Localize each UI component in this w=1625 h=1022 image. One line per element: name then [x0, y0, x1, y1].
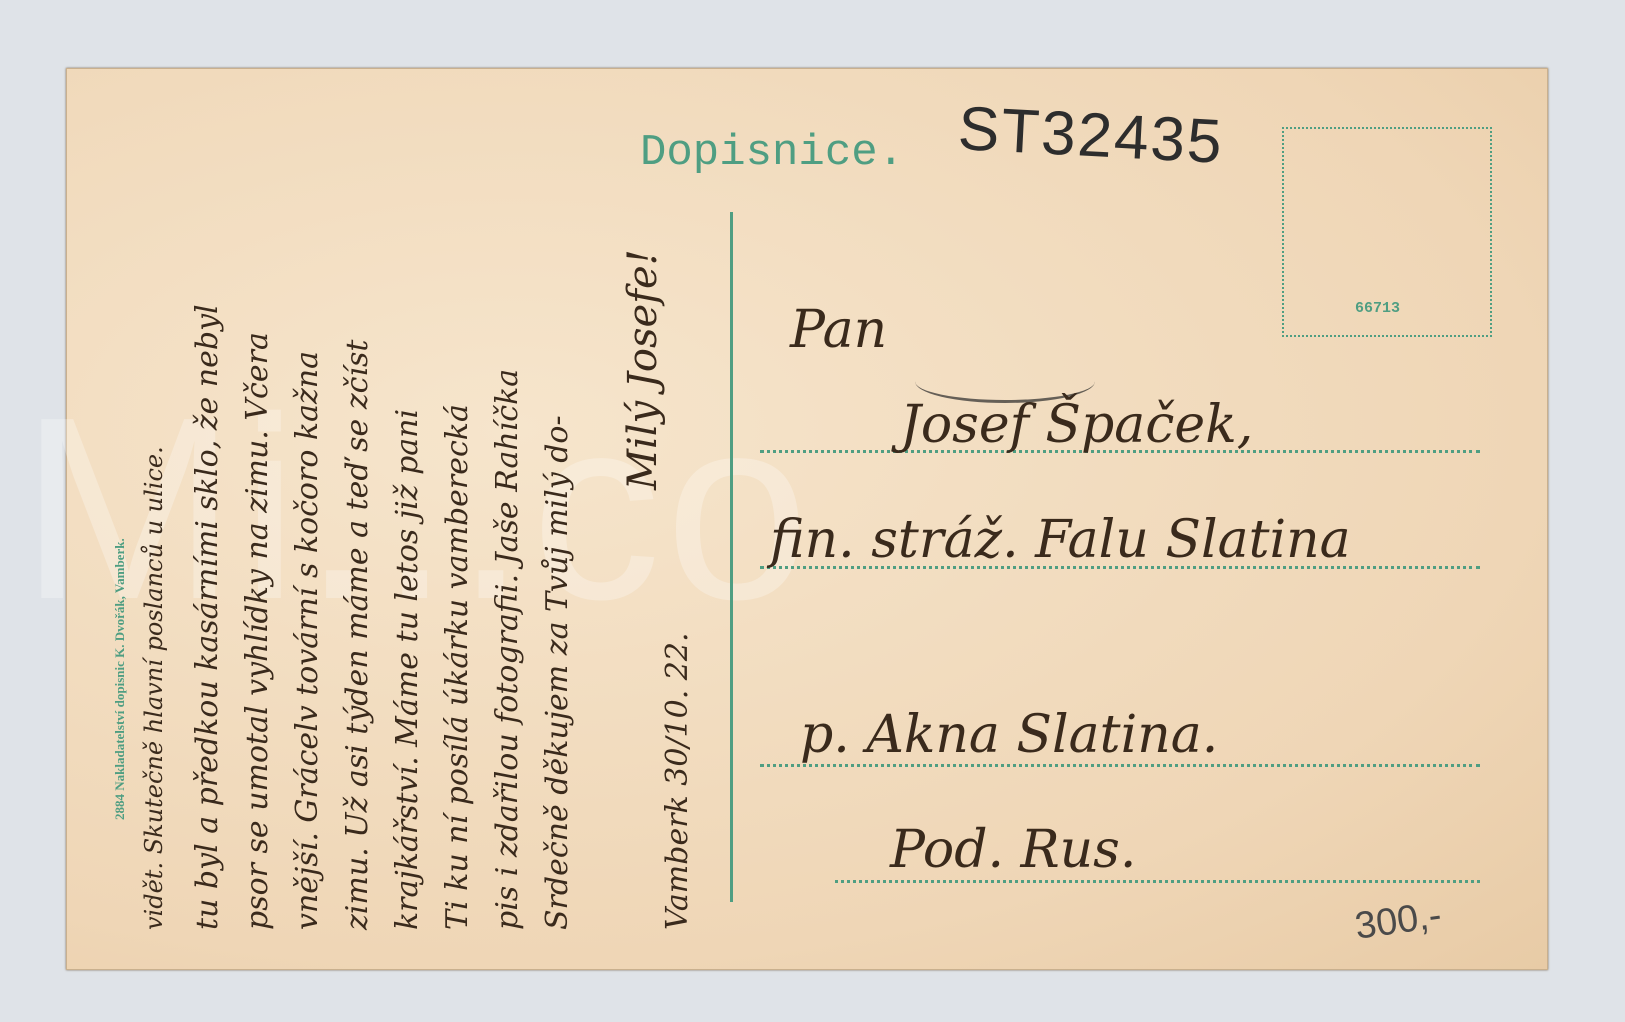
message-line: vidět. Skutečně hlavní poslanců u ulice.	[140, 446, 168, 930]
address-line-1: Pan	[790, 300, 887, 360]
address-line-5: Pod. Rus.	[890, 820, 1136, 880]
publisher-imprint: 2884 Nakladatelství dopisnic K. Dvořák, …	[112, 538, 128, 820]
message-dateline: Vamberk 30/10. 22.	[660, 633, 695, 931]
address-line-4: p. Akna Slatina.	[800, 705, 1218, 765]
message-line: zimu. Už asi týden máme a teď se zčíst	[340, 340, 375, 930]
message-line: pis i zdařilou fotografii. Jaše Rahíčka	[490, 369, 525, 930]
printed-title: Dopisnice.	[640, 128, 904, 178]
message-greeting: Milý Josefe!	[620, 249, 666, 490]
message-line: Ti ku ní posílá úkárku vamberecká	[440, 404, 475, 930]
message-line: Srdečně děkujem za Tvůj milý do-	[540, 415, 575, 930]
message-line: tu byl a předkou kasárními sklo, že neby…	[190, 304, 225, 930]
message-line: psor se umotal vyhlídky na zimu. Včera	[240, 332, 275, 930]
message-line: krajkářství. Máme tu letos již pani	[390, 409, 425, 930]
center-divider	[730, 212, 733, 902]
stock-number: ST32435	[956, 93, 1225, 178]
address-line-3: fin. stráž. Falu Slatina	[770, 510, 1351, 570]
message-line: vnější. Grácelv tovární s kočoro kažna	[290, 351, 325, 930]
address-line-2: Josef Špaček,	[900, 395, 1253, 455]
address-line	[835, 880, 1480, 883]
stamp-box-number: 66713	[1355, 300, 1400, 317]
